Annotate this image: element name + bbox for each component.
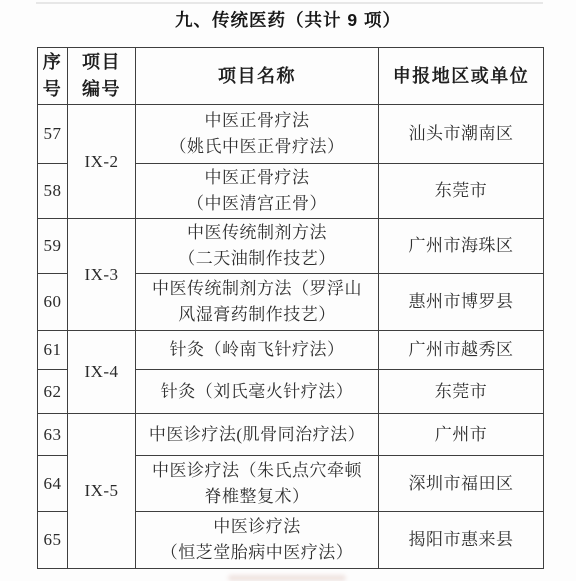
row-number-cell: 59 [38, 219, 68, 274]
row-number-cell: 57 [38, 105, 68, 164]
project-name-cell: 中医诊疗法 （恒芝堂胎病中医疗法） [136, 512, 379, 569]
row-number-cell: 58 [38, 164, 68, 219]
cropped-text-artifact [228, 575, 346, 581]
table-row: 63 IX-5 中医诊疗法(肌骨同治疗法） 广州市 [38, 414, 544, 456]
header-serial-number: 序 号 [38, 48, 68, 105]
project-name-cell: 中医正骨疗法 （姚氏中医正骨疗法） [136, 105, 379, 164]
row-number-cell: 62 [38, 370, 68, 414]
project-code-cell: IX-3 [68, 219, 136, 331]
previous-table-border-remnant [36, 2, 543, 4]
region-cell: 东莞市 [379, 370, 544, 414]
header-project-name: 项目名称 [136, 48, 379, 105]
region-cell: 揭阳市惠来县 [379, 512, 544, 569]
header-project-code: 项目 编号 [68, 48, 136, 105]
heritage-items-table: 序 号 项目 编号 项目名称 申报地区或单位 57 IX-2 中医正骨疗法 （姚… [37, 47, 544, 569]
region-cell: 东莞市 [379, 164, 544, 219]
region-cell: 汕头市潮南区 [379, 105, 544, 164]
project-code-cell: IX-4 [68, 331, 136, 414]
region-cell: 惠州市博罗县 [379, 274, 544, 331]
table-row: 57 IX-2 中医正骨疗法 （姚氏中医正骨疗法） 汕头市潮南区 [38, 105, 544, 164]
row-number-cell: 60 [38, 274, 68, 331]
region-cell: 深圳市福田区 [379, 456, 544, 512]
project-name-cell: 中医诊疗法(肌骨同治疗法） [136, 414, 379, 456]
project-name-cell: 中医诊疗法（朱氏点穴牵顿 脊椎整复术） [136, 456, 379, 512]
project-name-cell: 针灸（岭南飞针疗法） [136, 331, 379, 370]
project-code-cell: IX-5 [68, 414, 136, 569]
region-cell: 广州市 [379, 414, 544, 456]
section-title: 九、传统医药（共计 9 项） [0, 7, 576, 32]
project-name-cell: 针灸（刘氏毫火针疗法） [136, 370, 379, 414]
project-code-cell: IX-2 [68, 105, 136, 219]
table-row: 61 IX-4 针灸（岭南飞针疗法） 广州市越秀区 [38, 331, 544, 370]
row-number-cell: 65 [38, 512, 68, 569]
document-page: 九、传统医药（共计 9 项） 序 号 项目 编号 项目名称 申报地区或单位 57… [0, 0, 576, 581]
header-region: 申报地区或单位 [379, 48, 544, 105]
project-name-cell: 中医传统制剂方法（罗浮山 风湿膏药制作技艺） [136, 274, 379, 331]
row-number-cell: 63 [38, 414, 68, 456]
region-cell: 广州市越秀区 [379, 331, 544, 370]
table-row: 59 IX-3 中医传统制剂方法 （二天油制作技艺） 广州市海珠区 [38, 219, 544, 274]
project-name-cell: 中医传统制剂方法 （二天油制作技艺） [136, 219, 379, 274]
row-number-cell: 64 [38, 456, 68, 512]
region-cell: 广州市海珠区 [379, 219, 544, 274]
row-number-cell: 61 [38, 331, 68, 370]
table-header-row: 序 号 项目 编号 项目名称 申报地区或单位 [38, 48, 544, 105]
project-name-cell: 中医正骨疗法 （中医清宫正骨） [136, 164, 379, 219]
